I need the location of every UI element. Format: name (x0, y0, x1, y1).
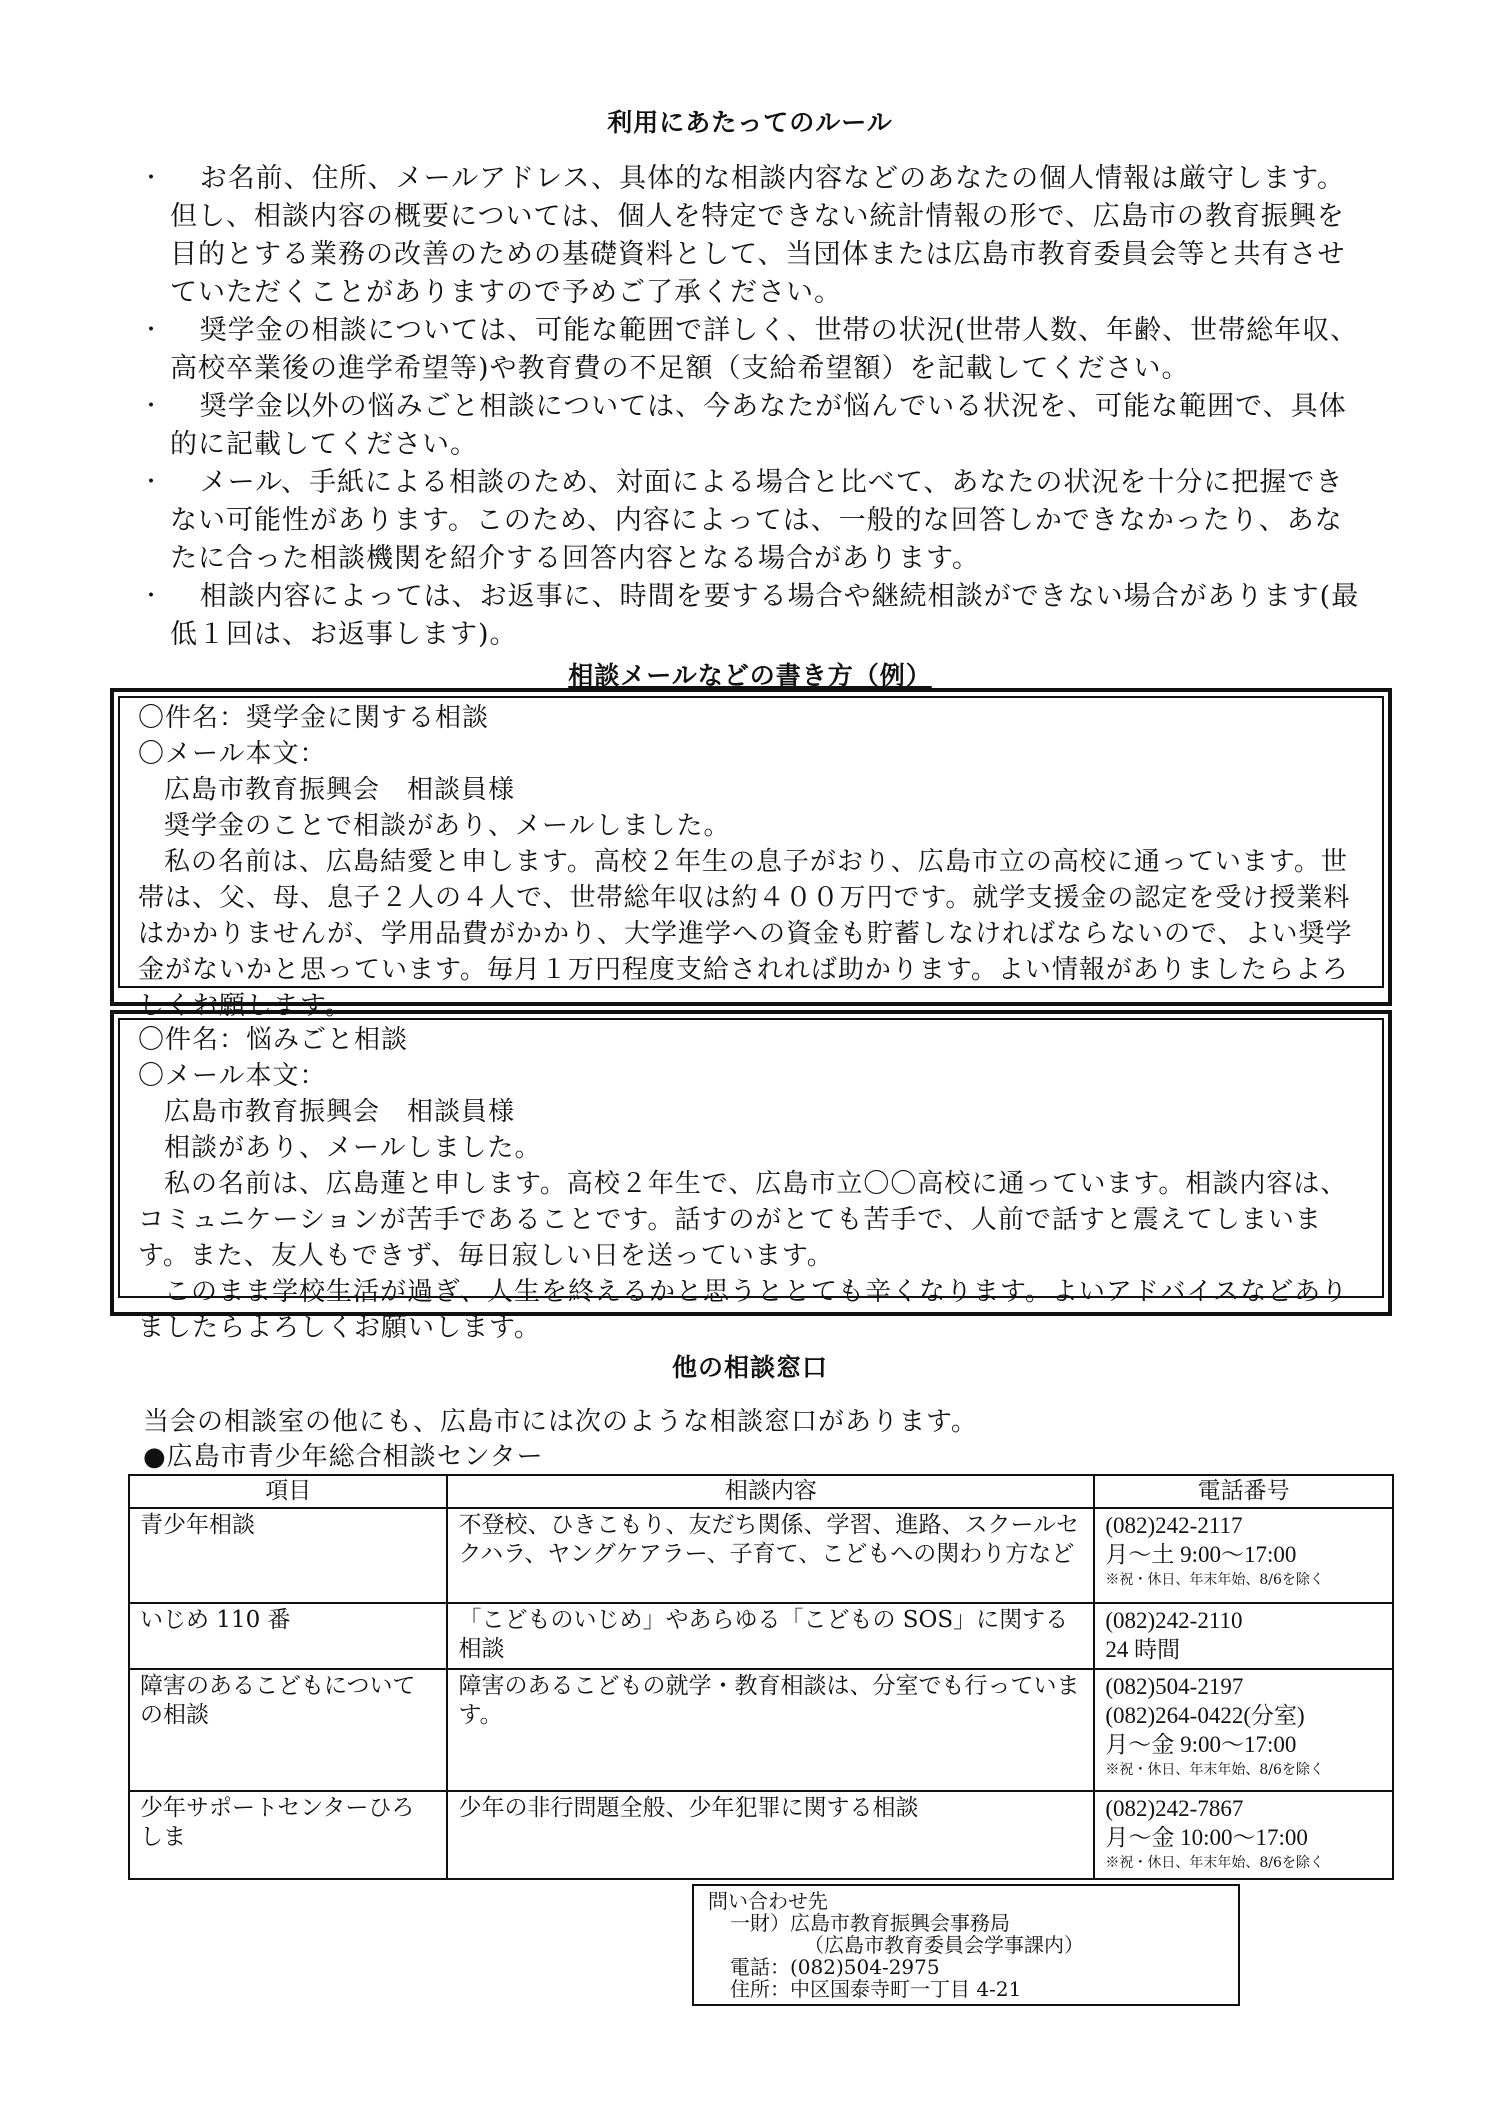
bullet-icon: ・ (140, 312, 160, 350)
contact-org-sub: （広島市教育委員会学事課内） (708, 1934, 1224, 1956)
example-paragraph: このまま学校生活が過ぎ、人生を終えるかと思うととても辛くなります。よいアドバイス… (138, 1274, 1364, 1346)
rule-text: メール、手紙による相談のため、対面による場合と比べて、あなたの状況を十分に把握で… (170, 464, 1370, 578)
phone-number: (082)504-2197 (1105, 1672, 1382, 1701)
header-content: 相談内容 (447, 1475, 1094, 1508)
examples-heading: 相談メールなどの書き方（例） (0, 656, 1500, 692)
rule-text: 相談内容によっては、お返事に、時間を要する場合や継続相談ができない場合があります… (170, 578, 1370, 654)
rule-text: 奨学金以外の悩みごと相談については、今あなたが悩んでいる状況を、可能な範囲で、具… (170, 388, 1370, 464)
table-header-row: 項目 相談内容 電話番号 (129, 1475, 1393, 1508)
rule-text: 奨学金の相談については、可能な範囲で詳しく、世帯の状況(世帯人数、年齢、世帯総年… (170, 312, 1370, 388)
rule-text: お名前、住所、メールアドレス、具体的な相談内容などのあなたの個人情報は厳守します… (170, 160, 1370, 312)
other-counsel-intro: 当会の相談室の他にも、広島市には次のような相談窓口があります。 (143, 1404, 978, 1440)
bullet-icon: ・ (140, 578, 160, 616)
cell-item: 青少年相談 (129, 1508, 447, 1603)
table-row: 青少年相談 不登校、ひきこもり、友だち関係、学習、進路、スクールセクハラ、ヤング… (129, 1508, 1393, 1603)
example-subject: 〇件名：奨学金に関する相談 (138, 700, 1364, 736)
hours-note: ※祝・休日、年末年始、8/6を除く (1105, 1759, 1382, 1781)
hours: 月～金 9:00～17:00 (1105, 1730, 1382, 1759)
contact-title: 問い合わせ先 (708, 1890, 1224, 1912)
example-box-scholarship: 〇件名：奨学金に関する相談 〇メール本文： 広島市教育振興会 相談員様 奨学金の… (110, 688, 1392, 1006)
phone-number: (082)242-7867 (1105, 1794, 1382, 1823)
phone-number: (082)242-2110 (1105, 1606, 1382, 1635)
rule-item: ・ 相談内容によっては、お返事に、時間を要する場合や継続相談ができない場合があり… (140, 578, 1370, 654)
example-paragraph: 私の名前は、広島結愛と申します。高校２年生の息子がおり、広島市立の高校に通ってい… (138, 844, 1364, 1024)
example-box-worries: 〇件名：悩みごと相談 〇メール本文： 広島市教育振興会 相談員様 相談があり、メ… (110, 1010, 1392, 1316)
cell-content: 不登校、ひきこもり、友だち関係、学習、進路、スクールセクハラ、ヤングケアラー、子… (447, 1508, 1094, 1603)
cell-item: 少年サポートセンターひろしま (129, 1791, 447, 1879)
hours: 月～土 9:00～17:00 (1105, 1540, 1382, 1569)
phone-number: (082)242-2117 (1105, 1511, 1382, 1540)
cell-item: いじめ 110 番 (129, 1603, 447, 1669)
example-opening: 奨学金のことで相談があり、メールしました。 (138, 808, 1364, 844)
bullet-icon: ・ (140, 160, 160, 198)
example-body-label: 〇メール本文： (138, 736, 1364, 772)
cell-phone: (082)242-2110 24 時間 (1094, 1603, 1393, 1669)
hours-note: ※祝・休日、年末年始、8/6を除く (1105, 1852, 1382, 1874)
rule-item: ・ 奨学金以外の悩みごと相談については、今あなたが悩んでいる状況を、可能な範囲で… (140, 388, 1370, 464)
cell-content: 障害のあるこどもの就学・教育相談は、分室でも行っています。 (447, 1669, 1094, 1791)
cell-phone: (082)242-2117 月～土 9:00～17:00 ※祝・休日、年末年始、… (1094, 1508, 1393, 1603)
contact-org: 一財）広島市教育振興会事務局 (708, 1912, 1224, 1934)
example-addressee: 広島市教育振興会 相談員様 (138, 772, 1364, 808)
rule-item: ・ メール、手紙による相談のため、対面による場合と比べて、あなたの状況を十分に把… (140, 464, 1370, 578)
cell-phone: (082)242-7867 月～金 10:00～17:00 ※祝・休日、年末年始… (1094, 1791, 1393, 1879)
cell-item: 障害のあるこどもについての相談 (129, 1669, 447, 1791)
table-row: いじめ 110 番 「こどものいじめ」やあらゆる「こどもの SOS」に関する相談… (129, 1603, 1393, 1669)
center-name: ●広島市青少年総合相談センター (143, 1439, 544, 1475)
rule-item: ・ 奨学金の相談については、可能な範囲で詳しく、世帯の状況(世帯人数、年齢、世帯… (140, 312, 1370, 388)
example-opening: 相談があり、メールしました。 (138, 1130, 1364, 1166)
rules-heading: 利用にあたってのルール (0, 103, 1500, 139)
table-row: 障害のあるこどもについての相談 障害のあるこどもの就学・教育相談は、分室でも行っ… (129, 1669, 1393, 1791)
rules-list: ・ お名前、住所、メールアドレス、具体的な相談内容などのあなたの個人情報は厳守し… (140, 160, 1370, 654)
hours-note: ※祝・休日、年末年始、8/6を除く (1105, 1569, 1382, 1591)
contact-phone: 電話：(082)504-2975 (708, 1956, 1224, 1978)
cell-content: 「こどものいじめ」やあらゆる「こどもの SOS」に関する相談 (447, 1603, 1094, 1669)
example-paragraph: 私の名前は、広島蓮と申します。高校２年生で、広島市立〇〇高校に通っています。相談… (138, 1166, 1364, 1274)
hours: 24 時間 (1105, 1635, 1382, 1664)
contact-address: 住所：中区国泰寺町一丁目 4-21 (708, 1978, 1224, 2000)
hours: 月～金 10:00～17:00 (1105, 1823, 1382, 1852)
other-counsel-heading: 他の相談窓口 (0, 1348, 1500, 1384)
example-addressee: 広島市教育振興会 相談員様 (138, 1094, 1364, 1130)
table-row: 少年サポートセンターひろしま 少年の非行問題全般、少年犯罪に関する相談 (082… (129, 1791, 1393, 1879)
cell-phone: (082)504-2197 (082)264-0422(分室) 月～金 9:00… (1094, 1669, 1393, 1791)
bullet-icon: ・ (140, 388, 160, 426)
document-page: 利用にあたってのルール ・ お名前、住所、メールアドレス、具体的な相談内容などの… (0, 0, 1500, 2116)
cell-content: 少年の非行問題全般、少年犯罪に関する相談 (447, 1791, 1094, 1879)
header-item: 項目 (129, 1475, 447, 1508)
header-phone: 電話番号 (1094, 1475, 1393, 1508)
example-body-label: 〇メール本文： (138, 1058, 1364, 1094)
bullet-icon: ・ (140, 464, 160, 502)
counsel-table: 項目 相談内容 電話番号 青少年相談 不登校、ひきこもり、友だち関係、学習、進路… (128, 1474, 1394, 1880)
example-subject: 〇件名：悩みごと相談 (138, 1022, 1364, 1058)
phone-number-branch: (082)264-0422(分室) (1105, 1701, 1382, 1730)
contact-box: 問い合わせ先 一財）広島市教育振興会事務局 （広島市教育委員会学事課内） 電話：… (692, 1884, 1240, 2006)
rule-item: ・ お名前、住所、メールアドレス、具体的な相談内容などのあなたの個人情報は厳守し… (140, 160, 1370, 312)
